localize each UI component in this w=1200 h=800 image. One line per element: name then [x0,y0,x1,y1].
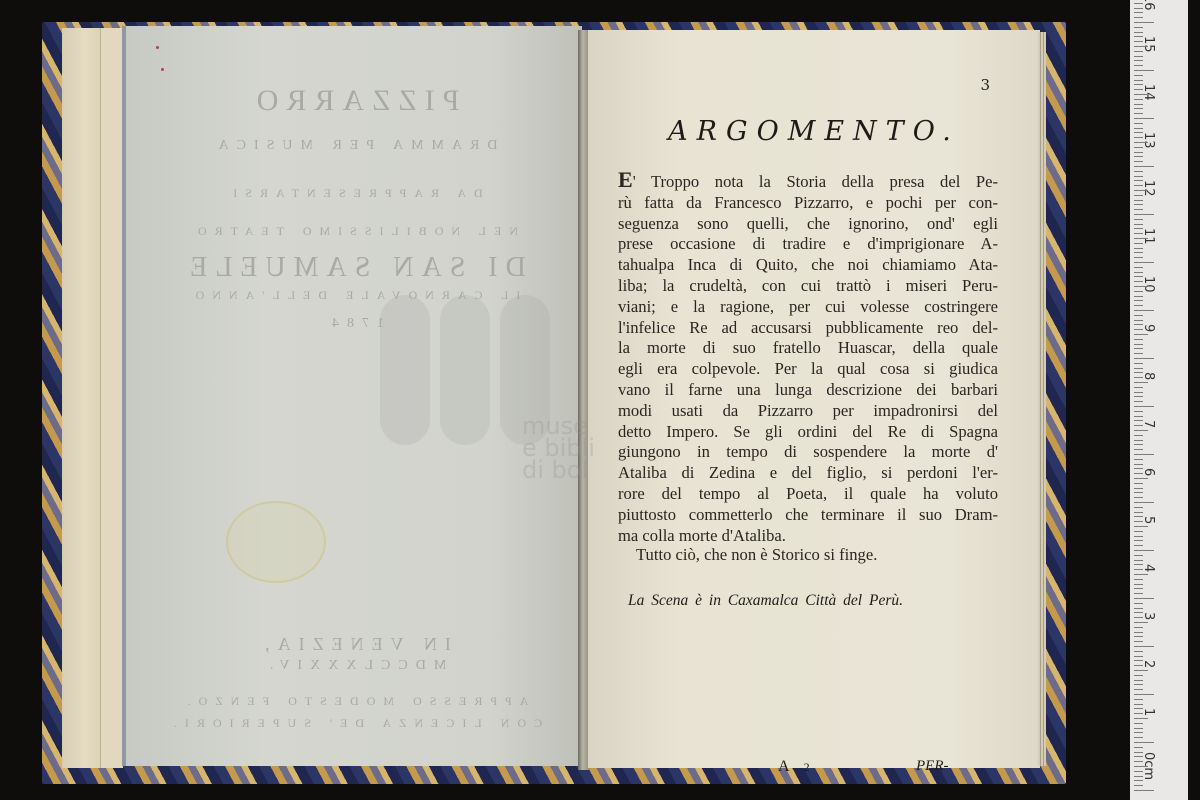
ruler-tick [1134,584,1143,585]
ruler-tick [1134,291,1143,292]
ruler-tick [1134,80,1143,81]
ruler-tick [1134,478,1148,479]
ghost-line: APPRESSO MODESTO FENZO. [126,694,582,709]
ruler-tick [1134,166,1154,167]
ruler-tick [1134,123,1143,124]
ruler-tick [1134,252,1143,253]
ruler-tick [1134,3,1143,4]
text-line: liba; la crudeltà, con cui trattò i mise… [618,276,998,297]
ruler-tick [1134,459,1143,460]
ruler-tick [1134,694,1154,695]
ruler-tick [1134,440,1143,441]
ruler-tick [1134,444,1143,445]
watermark-line: di bol [522,459,595,481]
ruler-tick [1134,128,1143,129]
ruler-tick [1134,406,1154,407]
ruler-tick [1134,46,1148,47]
page-number: 3 [980,76,990,94]
ruler-label: 16 [1141,0,1156,11]
ruler-tick [1134,137,1143,138]
ruler-tick [1134,747,1143,748]
ruler-tick [1134,449,1143,450]
ruler-tick [1134,377,1143,378]
ruler-tick [1134,94,1148,95]
ruler-tick [1134,603,1143,604]
ruler-tick [1134,12,1143,13]
text-line: detto Impero. Se gli ordini del Re di Sp… [618,422,998,443]
ruler-tick [1134,185,1143,186]
ruler-tick [1134,363,1143,364]
ruler-tick [1134,339,1143,340]
ruler-tick [1134,190,1148,191]
ruler-tick [1134,180,1143,181]
ruler-tick [1134,454,1154,455]
ruler-tick [1134,497,1143,498]
ghost-title: PIZZARRO [126,84,582,118]
ruler-tick [1134,147,1143,148]
ruler-label: 11 [1141,228,1156,245]
ruler-tick [1134,713,1143,714]
ruler-tick [1134,473,1143,474]
ruler-tick [1134,243,1143,244]
ruler-tick [1134,305,1143,306]
ruler-tick [1134,468,1143,469]
ruler-tick [1134,272,1143,273]
closing-sentence: Tutto ciò, che non è Storico si finge. [636,545,877,565]
ruler-tick [1134,675,1143,676]
ruler-tick [1134,320,1143,321]
ruler-tick [1134,392,1143,393]
page-edges [1038,32,1046,766]
text-line: tahualpa Inca di Quito, che noi chiamiam… [618,255,998,276]
page-title: ARGOMENTO. [588,116,1040,147]
ruler-tick [1134,660,1143,661]
ruler-tick [1134,593,1143,594]
ruler-tick [1134,32,1143,33]
ruler-tick [1134,627,1143,628]
ruler-tick [1134,238,1148,239]
ruler-tick [1134,723,1143,724]
ruler-tick [1134,579,1143,580]
ruler-tick [1134,60,1143,61]
ruler-tick [1134,425,1143,426]
ghost-line: NEL NOBILISSIMO TEATRO [126,224,582,239]
ruler-tick [1134,195,1143,196]
ruler-tick [1134,732,1143,733]
ruler-tick [1134,156,1143,157]
signature-letter: A [778,758,790,775]
ruler-tick [1134,56,1143,57]
ruler-tick [1134,372,1143,373]
ruler-tick [1134,780,1143,781]
ruler-tick [1134,665,1143,666]
museum-watermark: muse e bibli di bol [522,415,595,481]
ruler-tick [1134,204,1143,205]
ruler-tick [1134,761,1143,762]
ruler-tick [1134,108,1143,109]
ruler-label: 8 [1141,372,1156,380]
catchword: PER- [916,758,948,775]
ruler-tick [1134,598,1154,599]
ruler-tick [1134,516,1143,517]
ruler-tick [1134,22,1154,23]
ruler-tick [1134,756,1143,757]
ruler-tick [1134,248,1143,249]
ruler-tick [1134,483,1143,484]
ruler-label: 10 [1141,276,1156,293]
ruler-tick [1134,401,1143,402]
text-line: Ataliba di Zedina e del figlio, si perdo… [618,463,998,484]
ruler-tick [1134,536,1143,537]
ruler-tick [1134,152,1143,153]
ruler-tick [1134,324,1143,325]
ruler-tick [1134,526,1148,527]
ruler-tick [1134,622,1148,623]
ruler-tick [1134,353,1143,354]
ruler-tick [1134,209,1143,210]
ruler-tick [1134,555,1143,556]
argument-text: E' Troppo nota la Storia della presa del… [618,170,998,546]
ruler-tick [1134,742,1154,743]
ghost-line: MDCCLXXXIV. [126,658,582,674]
ruler-tick [1134,632,1143,633]
ruler-tick [1134,99,1143,100]
ruler-tick [1134,651,1143,652]
text-line: viani; e la ragione, per cui volesse cos… [618,297,998,318]
ruler-tick [1134,670,1148,671]
signature-number: 2 [804,760,810,774]
ruler-tick [1134,492,1143,493]
ruler-tick [1134,416,1143,417]
ruler-tick [1134,228,1143,229]
ruler-tick [1134,176,1143,177]
ruler-tick [1134,348,1143,349]
ruler-tick [1134,411,1143,412]
ruler-tick [1134,588,1143,589]
ruler-label: 1 [1141,708,1156,716]
ruler-tick [1134,612,1143,613]
ruler-tick [1134,430,1148,431]
ruler-tick [1134,310,1154,311]
right-page: 3 ARGOMENTO. E' Troppo nota la Storia de… [588,30,1040,768]
ruler-label: 4 [1141,564,1156,572]
ruler-label: 9 [1141,324,1156,332]
ruler-label: 7 [1141,420,1156,428]
ruler-tick [1134,315,1143,316]
ruler-tick [1134,771,1143,772]
ghost-line: DI SAN SAMUELE [126,252,582,284]
ruler-tick [1134,699,1143,700]
ruler-tick [1134,281,1143,282]
ruler-tick [1134,368,1143,369]
ruler-tick [1134,521,1143,522]
ruler-tick [1134,358,1154,359]
ghost-line: CON LICENZA DE' SUPERIORI. [126,716,582,731]
text-line: prese occasione di tradire e d'imprigion… [618,234,998,255]
ruler-tick [1134,113,1143,114]
text-line: rore del tempo al Poeta, il quale ha vol… [618,484,998,505]
ink-spot [161,68,164,71]
ruler-tick [1134,89,1143,90]
text-line: la morte di suo fratello Huascar, della … [618,338,998,359]
drop-cap: E [618,167,633,192]
ruler-tick [1134,224,1143,225]
ruler-tick [1134,396,1143,397]
ruler-label: 3 [1141,612,1156,620]
ruler-tick [1134,118,1154,119]
ruler-tick [1134,540,1143,541]
ruler-tick [1134,27,1143,28]
ruler-tick [1134,545,1143,546]
ruler-tick [1134,420,1143,421]
ruler-tick [1134,636,1143,637]
text-line: l'infelice Re ad accusarsi pubblicamente… [618,318,998,339]
text-line: ma colla morte d'Ataliba. [618,526,998,547]
ruler-tick [1134,104,1143,105]
ruler-tick [1134,41,1143,42]
ruler-tick [1134,75,1143,76]
ruler-tick [1134,214,1154,215]
ruler-tick [1134,267,1143,268]
ruler-tick [1134,296,1143,297]
ruler-tick [1134,276,1143,277]
ruler-tick [1134,641,1143,642]
ruler-tick [1134,286,1148,287]
ruler-tick [1134,200,1143,201]
ruler-label: 5 [1141,516,1156,524]
ruler-tick [1134,766,1148,767]
ruler-tick [1134,488,1143,489]
ruler-label: 14 [1141,84,1156,101]
ruler-tick [1134,329,1143,330]
ruler-tick [1134,718,1148,719]
ruler-label: 2 [1141,660,1156,668]
ruler-tick [1134,560,1143,561]
measuring-ruler: 0cm 1 2 3 4 5 6 7 8 9 10 11 12 13 14 15 … [1130,0,1188,800]
ruler-tick [1134,161,1143,162]
ruler-tick [1134,656,1143,657]
text-line: egli era colpevole. Per la qual cosa si … [618,359,998,380]
flyleaf-inner [100,28,123,768]
ruler-label: 12 [1141,180,1156,197]
ruler-tick [1134,564,1143,565]
ruler-tick [1134,574,1148,575]
ruler-tick [1134,8,1143,9]
ruler-tick [1134,531,1143,532]
ruler-tick [1134,502,1154,503]
ruler-tick [1134,300,1143,301]
ruler-tick [1134,569,1143,570]
ruler-tick [1134,785,1143,786]
ruler-tick [1134,334,1148,335]
ruler-tick [1134,36,1143,37]
text-line: piuttosto commetterlo che terminare il s… [618,505,998,526]
ruler-tick [1134,142,1148,143]
ruler-tick [1134,752,1143,753]
ruler-tick [1134,507,1143,508]
ghost-line: DA RAPPRESENTARSI [126,186,582,201]
ruler-tick [1134,233,1143,234]
text-line: modi usati da Pizzarro per impadronirsi … [618,401,998,422]
ruler-tick [1134,737,1143,738]
library-stamp [226,501,326,583]
ruler-label: 13 [1141,132,1156,149]
ruler-tick [1134,728,1143,729]
ruler-tick [1134,646,1154,647]
ruler-tick [1134,344,1143,345]
ruler-tick [1134,65,1143,66]
ruler-tick [1134,171,1143,172]
ink-spot [156,46,159,49]
text-line: giungono in tempo di sospendere la morte… [618,442,998,463]
ruler-tick [1134,689,1143,690]
ruler-tick [1134,790,1154,791]
ruler-tick [1134,464,1143,465]
ruler-tick [1134,51,1143,52]
ruler-tick [1134,262,1154,263]
signature-mark: A2 [778,758,810,776]
ruler-tick [1134,17,1143,18]
ghost-line: IN VENEZIA, [126,634,582,655]
ruler-tick [1134,684,1143,685]
ruler-label: 6 [1141,468,1156,476]
ruler-tick [1134,387,1143,388]
scene-setting: La Scena è in Caxamalca Città del Perù. [628,592,903,610]
ruler-tick [1134,382,1148,383]
ruler-tick [1134,550,1154,551]
ruler-tick [1134,708,1143,709]
text-line: vano il farne una lunga descrizione dei … [618,380,998,401]
ruler-tick [1134,132,1143,133]
ruler-tick [1134,704,1143,705]
ruler-tick [1134,70,1154,71]
ruler-tick [1134,84,1143,85]
text-line: seguenza sono quelli, che ignorino, ond'… [618,214,998,235]
ghost-line: DRAMMA PER MUSICA [126,138,582,154]
ruler-tick [1134,512,1143,513]
ruler-tick [1134,608,1143,609]
ruler-label: 15 [1141,36,1156,53]
ruler-tick [1134,435,1143,436]
ruler-tick [1134,617,1143,618]
ruler-tick [1134,257,1143,258]
text-line: rù fatta da Francesco Pizzarro, e pochi … [618,193,998,214]
ruler-tick [1134,776,1143,777]
text-line: ' Troppo nota la Storia della presa del … [633,172,998,191]
ruler-tick [1134,219,1143,220]
ruler-tick [1134,680,1143,681]
